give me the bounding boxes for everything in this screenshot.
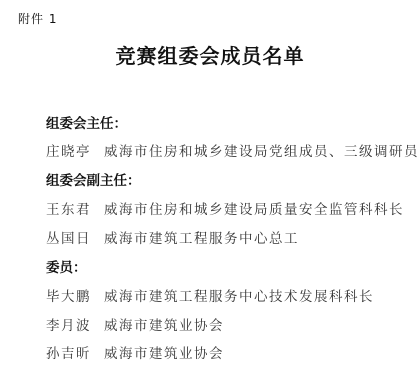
- member-name: 庄晓亭: [46, 140, 104, 160]
- member-name: 李月波: [46, 314, 104, 334]
- member-position: 威海市建筑工程服务中心技术发展科科长: [104, 289, 374, 305]
- document-title: 竞赛组委会成员名单: [0, 40, 420, 69]
- member-row: 丛国日威海市建筑工程服务中心总工: [46, 227, 299, 247]
- member-row: 毕大鹏威海市建筑工程服务中心技术发展科科长: [46, 285, 374, 305]
- member-row: 李月波威海市建筑业协会: [46, 314, 224, 334]
- attachment-label: 附件 1: [18, 10, 57, 27]
- section-heading-members: 委员：: [46, 256, 87, 276]
- member-position: 威海市建筑业协会: [104, 346, 224, 362]
- member-position: 威海市建筑业协会: [104, 318, 224, 334]
- section-heading-deputy-director: 组委会副主任：: [46, 169, 141, 189]
- member-position: 威海市住房和城乡建设局质量安全监管科科长: [104, 202, 404, 218]
- section-heading-director: 组委会主任：: [46, 112, 127, 132]
- member-row: 孙吉昕威海市建筑业协会: [46, 342, 224, 362]
- member-name: 孙吉昕: [46, 342, 104, 362]
- member-row: 王东君威海市住房和城乡建设局质量安全监管科科长: [46, 198, 404, 218]
- member-name: 王东君: [46, 198, 104, 218]
- member-position: 威海市建筑工程服务中心总工: [104, 231, 299, 247]
- member-position: 威海市住房和城乡建设局党组成员、三级调研员: [104, 144, 419, 160]
- member-name: 毕大鹏: [46, 285, 104, 305]
- member-name: 丛国日: [46, 227, 104, 247]
- member-row: 庄晓亭威海市住房和城乡建设局党组成员、三级调研员: [46, 140, 419, 160]
